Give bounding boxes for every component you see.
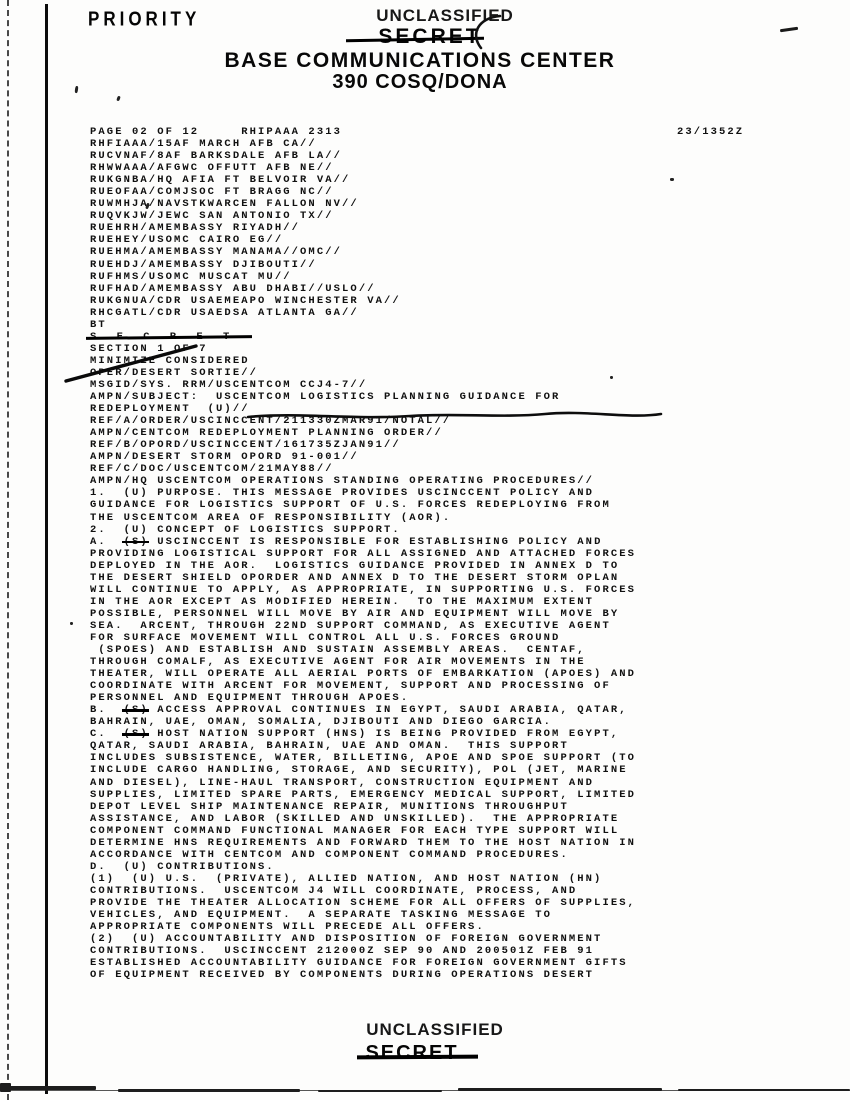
message-line: RHCGATL/CDR USAEDSA ATLANTA GA// xyxy=(90,307,790,319)
message-line: PROVIDING LOGISTICAL SUPPORT FOR ALL ASS… xyxy=(90,548,790,560)
message-line: APPROPRIATE COMPONENTS WILL PRECEDE ALL … xyxy=(90,921,790,933)
message-line: THE USCENTCOM AREA OF RESPONSIBILITY (AO… xyxy=(90,512,790,524)
message-line: (1) (U) U.S. (PRIVATE), ALLIED NATION, A… xyxy=(90,873,790,885)
message-line: PROVIDE THE THEATER ALLOCATION SCHEME FO… xyxy=(90,897,790,909)
scan-speck xyxy=(610,376,613,379)
message-line: OF EQUIPMENT RECEIVED BY COMPONENTS DURI… xyxy=(90,969,790,981)
message-line: WILL CONTINUE TO APPLY, AS APPROPRIATE, … xyxy=(90,584,790,596)
message-line: RUWMHJA/NAVSTKWARCEN FALLON NV// xyxy=(90,198,790,210)
message-line: DEPLOYED IN THE AOR. LOGISTICS GUIDANCE … xyxy=(90,560,790,572)
message-line: ESTABLISHED ACCOUNTABILITY GUIDANCE FOR … xyxy=(90,957,790,969)
line-text: ACCESS APPROVAL CONTINUES IN EGYPT, SAUD… xyxy=(149,704,628,716)
message-line: THE DESERT SHIELD OPORDER AND ANNEX D TO… xyxy=(90,572,790,584)
message-line: 2. (U) CONCEPT OF LOGISTICS SUPPORT. xyxy=(90,524,790,536)
message-line: RUKGNBA/HQ AFIA FT BELVOIR VA// xyxy=(90,174,790,186)
struck-classification-marking: (S) xyxy=(124,728,149,740)
message-line: AND DIESEL), LINE-HAUL TRANSPORT, CONSTR… xyxy=(90,777,790,789)
message-line: THROUGH COMALF, AS EXECUTIVE AGENT FOR A… xyxy=(90,656,790,668)
message-line: RHWWAAA/AFGWC OFFUTT AFB NE// xyxy=(90,162,790,174)
secret-stamp-bottom: SECRET xyxy=(312,1042,512,1065)
org-subtitle: 390 COSQ/DONA xyxy=(140,71,700,94)
org-title: BASE COMMUNICATIONS CENTER xyxy=(140,49,700,73)
scan-noise-segment xyxy=(318,1090,442,1092)
message-line: SUPPLIES, LIMITED SPARE PARTS, EMERGENCY… xyxy=(90,789,790,801)
scan-speck xyxy=(75,86,78,93)
message-line: DEPOT LEVEL SHIP MAINTENANCE REPAIR, MUN… xyxy=(90,801,790,813)
left-edge-dashed-line xyxy=(7,0,9,1100)
scan-noise-segment xyxy=(678,1089,850,1091)
message-line: REF/A/ORDER/USCINCCENT/211330ZMAR91/NOTA… xyxy=(90,415,790,427)
message-body: PAGE 02 OF 12 RHIPAAA 2313RHFIAAA/15AF M… xyxy=(90,126,790,981)
scan-noise-segment xyxy=(458,1088,662,1091)
pen-dash-mark xyxy=(780,27,798,32)
left-vertical-rule xyxy=(45,4,48,1094)
message-line: BT xyxy=(90,319,790,331)
message-line: C. (S) HOST NATION SUPPORT (HNS) IS BEIN… xyxy=(90,728,790,740)
message-line: POSSIBLE, PERSONNEL WILL MOVE BY AIR AND… xyxy=(90,608,790,620)
message-line: D. (U) CONTRIBUTIONS. xyxy=(90,861,790,873)
line-text: C. xyxy=(90,728,124,740)
message-line: RUEHMA/AMEMBASSY MANAMA//OMC// xyxy=(90,246,790,258)
message-line: PAGE 02 OF 12 RHIPAAA 2313 xyxy=(90,126,790,138)
message-line: AMPN/CENTCOM REDEPLOYMENT PLANNING ORDER… xyxy=(90,427,790,439)
message-line: CONTRIBUTIONS. USCENTCOM J4 WILL COORDIN… xyxy=(90,885,790,897)
message-line: RUEHDJ/AMEMBASSY DJIBOUTI// xyxy=(90,259,790,271)
message-line: FOR SURFACE MOVEMENT WILL CONTROL ALL U.… xyxy=(90,632,790,644)
message-line: CONTRIBUTIONS. USCINCCENT 212000Z SEP 90… xyxy=(90,945,790,957)
message-line: RUEHEY/USOMC CAIRO EG// xyxy=(90,234,790,246)
message-line: RUFHMS/USOMC MUSCAT MU// xyxy=(90,271,790,283)
message-line: (2) (U) ACCOUNTABILITY AND DISPOSITION O… xyxy=(90,933,790,945)
message-line: REDEPLOYMENT (U)// xyxy=(90,403,790,415)
line-text: A. xyxy=(90,536,124,548)
message-line: THEATER, WILL OPERATE ALL AERIAL PORTS O… xyxy=(90,668,790,680)
scan-noise-segment xyxy=(118,1089,300,1092)
message-line: QATAR, SAUDI ARABIA, BAHRAIN, UAE AND OM… xyxy=(90,740,790,752)
line-text: B. xyxy=(90,704,124,716)
message-line: MSGID/SYS. RRM/USCENTCOM CCJ4-7// xyxy=(90,379,790,391)
struck-classification-marking: (S) xyxy=(124,704,149,716)
scan-speck xyxy=(70,622,73,625)
message-line: RUQVKJW/JEWC SAN ANTONIO TX// xyxy=(90,210,790,222)
priority-stamp: PRIORITY xyxy=(88,8,200,32)
message-line: PERSONNEL AND EQUIPMENT THROUGH APOES. xyxy=(90,692,790,704)
message-line: RUEHRH/AMEMBASSY RIYADH// xyxy=(90,222,790,234)
unclassified-stamp-top: UNCLASSIFIED xyxy=(300,6,590,26)
scan-noise-blob xyxy=(0,1083,11,1092)
document-page: PRIORITY UNCLASSIFIED SECRET BASE COMMUN… xyxy=(0,0,850,1100)
message-line: COORDINATE WITH ARCENT FOR MOVEMENT, SUP… xyxy=(90,680,790,692)
message-line: AMPN/DESERT STORM OPORD 91-001// xyxy=(90,451,790,463)
message-line: RUFHAD/AMEMBASSY ABU DHABI//USLO// xyxy=(90,283,790,295)
message-line: MINIMIZE CONSIDERED xyxy=(90,355,790,367)
message-line: OPER/DESERT SORTIE// xyxy=(90,367,790,379)
message-line: VEHICLES, AND EQUIPMENT. A SEPARATE TASK… xyxy=(90,909,790,921)
line-text: USCINCCENT IS RESPONSIBLE FOR ESTABLISHI… xyxy=(149,536,603,548)
message-line: REF/B/OPORD/USCINCCENT/161735ZJAN91// xyxy=(90,439,790,451)
message-line: SECTION 1 OF 7 xyxy=(90,343,790,355)
message-line: A. (S) USCINCCENT IS RESPONSIBLE FOR EST… xyxy=(90,536,790,548)
line-text: HOST NATION SUPPORT (HNS) IS BEING PROVI… xyxy=(149,728,619,740)
message-line: RUKGNUA/CDR USAEMEAPO WINCHESTER VA// xyxy=(90,295,790,307)
message-line: AMPN/HQ USCENTCOM OPERATIONS STANDING OP… xyxy=(90,475,790,487)
message-line: DETERMINE HNS REQUIREMENTS AND FORWARD T… xyxy=(90,837,790,849)
message-line: GUIDANCE FOR LOGISTICS SUPPORT OF U.S. F… xyxy=(90,499,790,511)
message-line: ASSISTANCE, AND LABOR (SKILLED AND UNSKI… xyxy=(90,813,790,825)
message-line: RUCVNAF/8AF BARKSDALE AFB LA// xyxy=(90,150,790,162)
message-line: AMPN/SUBJECT: USCENTCOM LOGISTICS PLANNI… xyxy=(90,391,790,403)
scan-speck xyxy=(116,96,121,102)
message-line: COMPONENT COMMAND FUNCTIONAL MANAGER FOR… xyxy=(90,825,790,837)
unclassified-stamp-bottom: UNCLASSIFIED xyxy=(290,1020,580,1040)
message-line: B. (S) ACCESS APPROVAL CONTINUES IN EGYP… xyxy=(90,704,790,716)
message-line: RHFIAAA/15AF MARCH AFB CA// xyxy=(90,138,790,150)
message-line: INCLUDE CARGO HANDLING, STORAGE, AND SEC… xyxy=(90,764,790,776)
scan-speck xyxy=(670,178,674,181)
message-line: INCLUDES SUBSISTENCE, WATER, BILLETING, … xyxy=(90,752,790,764)
message-line: REF/C/DOC/USCENTCOM/21MAY88// xyxy=(90,463,790,475)
message-line: IN THE AOR EXCEPT AS MODIFIED HEREIN. TO… xyxy=(90,596,790,608)
scan-noise-segment xyxy=(0,1086,96,1090)
struck-classification-marking: (S) xyxy=(124,536,149,548)
message-line: BAHRAIN, UAE, OMAN, SOMALIA, DJIBOUTI AN… xyxy=(90,716,790,728)
message-line: (SPOES) AND ESTABLISH AND SUSTAIN ASSEMB… xyxy=(90,644,790,656)
message-line: SEA. ARCENT, THROUGH 22ND SUPPORT COMMAN… xyxy=(90,620,790,632)
message-line: ACCORDANCE WITH CENTCOM AND COMPONENT CO… xyxy=(90,849,790,861)
message-line: RUEOFAA/COMJSOC FT BRAGG NC// xyxy=(90,186,790,198)
message-line: 1. (U) PURPOSE. THIS MESSAGE PROVIDES US… xyxy=(90,487,790,499)
